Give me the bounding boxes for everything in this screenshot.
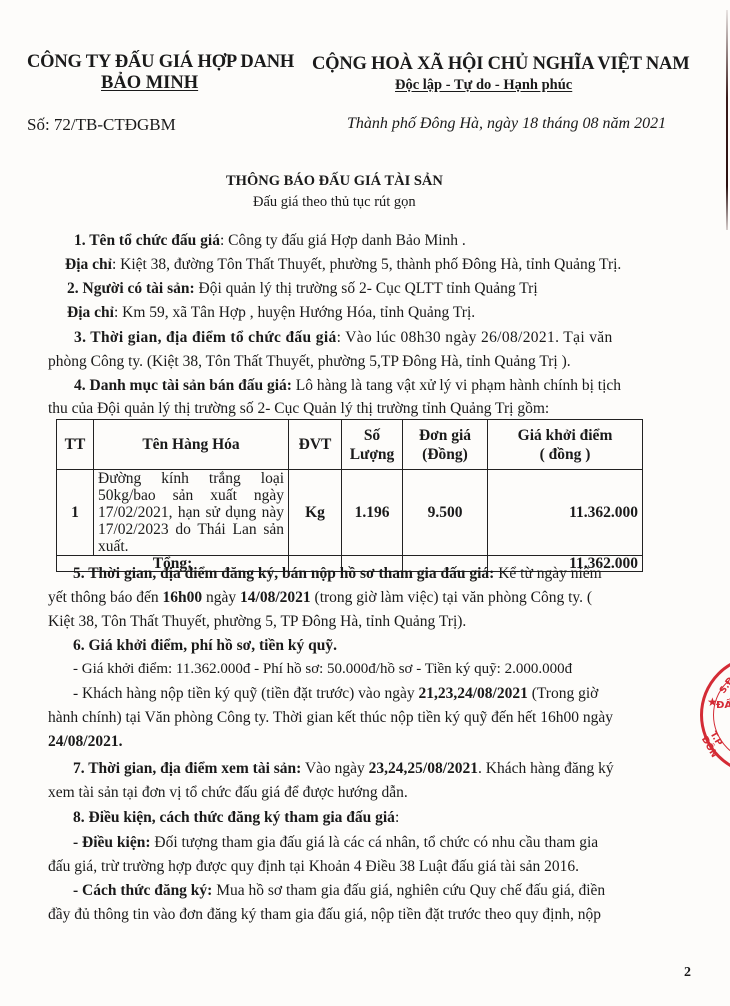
address-label: Địa chỉ bbox=[67, 304, 114, 321]
section-6-deposit-line2: hành chính) tại Văn phòng Công ty. Thời … bbox=[48, 709, 613, 727]
table-row: 1 Đường kính trắng loại 50kg/bao sản xuấ… bbox=[57, 470, 643, 556]
text: yết thông báo đến bbox=[48, 589, 163, 606]
section-5-text: Kể từ ngày niêm bbox=[494, 565, 601, 582]
stamp-text-mid: ĐẤU bbox=[716, 700, 730, 711]
section-6-deposit: - Khách hàng nộp tiền ký quỹ (tiền đặt t… bbox=[73, 685, 598, 703]
deadline-time: 16h00 bbox=[163, 589, 203, 606]
cell-unit: Kg bbox=[289, 470, 342, 556]
section-2: 2. Người có tài sản: Đội quản lý thị trư… bbox=[67, 280, 538, 298]
section-1-address: Địa chỉ: Kiệt 38, đường Tôn Thất Thuyết,… bbox=[65, 256, 621, 274]
text: - Khách hàng nộp tiền ký quỹ (tiền đặt t… bbox=[73, 685, 418, 702]
section-3-text-cont: phòng Công ty. (Kiệt 38, Tôn Thất Thuyết… bbox=[48, 353, 571, 371]
section-2-address: Địa chỉ: Km 59, xã Tân Hợp , huyện Hướng… bbox=[67, 304, 475, 322]
col-unit-price-line1: Đơn giá bbox=[419, 427, 471, 444]
section-1-text: : Công ty đấu giá Hợp danh Bảo Minh . bbox=[220, 232, 466, 249]
section-6-fees: - Giá khởi điểm: 11.362.000đ - Phí hồ sơ… bbox=[73, 661, 572, 678]
section-3-text: : Vào lúc 08h30 ngày 26/08/2021. Tại văn bbox=[337, 329, 613, 346]
section-8-condition-line2: đấu giá, trừ trường hợp được quy định tạ… bbox=[48, 858, 579, 876]
section-8-registration-line2: đầy đủ thông tin vào đơn đăng ký tham gi… bbox=[48, 906, 601, 924]
cell-tt: 1 bbox=[57, 470, 94, 556]
text: Vào ngày bbox=[301, 760, 368, 777]
section-2-label: 2. Người có tài sản: bbox=[67, 280, 195, 297]
section-4-label: 4. Danh mục tài sản bán đấu giá: bbox=[74, 377, 292, 394]
address-text: : Km 59, xã Tân Hợp , huyện Hướng Hóa, t… bbox=[114, 304, 475, 321]
col-start-price-line2: ( đồng ) bbox=[540, 446, 591, 463]
section-1: 1. Tên tổ chức đấu giá: Công ty đấu giá … bbox=[74, 232, 466, 250]
document-title: THÔNG BÁO ĐẤU GIÁ TÀI SẢN bbox=[226, 173, 443, 190]
table-header-row: TT Tên Hàng Hóa ĐVT SốLượng Đơn giá(Đồng… bbox=[57, 420, 643, 470]
col-start-price: Giá khởi điểm( đồng ) bbox=[488, 420, 643, 470]
section-5-label: 5. Thời gian, địa điểm đăng ký, bán nộp … bbox=[73, 565, 494, 582]
section-2-text: Đội quản lý thị trường số 2- Cục QLTT tỉ… bbox=[195, 280, 538, 297]
text: (Trong giờ bbox=[528, 685, 599, 702]
section-6-label: 6. Giá khởi điểm, phí hồ sơ, tiền ký quỹ… bbox=[73, 637, 337, 655]
text: (trong giờ làm việc) tại văn phòng Công … bbox=[311, 589, 592, 606]
col-quantity-line1: Số bbox=[364, 427, 380, 444]
text: : bbox=[395, 809, 399, 826]
asset-table: TT Tên Hàng Hóa ĐVT SốLượng Đơn giá(Đồng… bbox=[56, 419, 643, 572]
text: ngày bbox=[202, 589, 240, 606]
cell-start-price: 11.362.000 bbox=[488, 470, 643, 556]
section-4-text-cont: thu của Đội quản lý thị trường số 2- Cục… bbox=[48, 400, 549, 418]
col-start-price-line1: Giá khởi điểm bbox=[518, 427, 613, 444]
col-unit: ĐVT bbox=[289, 420, 342, 470]
section-8-label: 8. Điều kiện, cách thức đăng ký tham gia… bbox=[73, 809, 395, 826]
viewing-dates: 23,24,25/08/2021 bbox=[369, 760, 478, 777]
deposit-dates: 21,23,24/08/2021 bbox=[418, 685, 527, 702]
document-subtitle: Đấu giá theo thủ tục rút gọn bbox=[253, 194, 416, 211]
section-3-label: 3. Thời gian, địa điểm tổ chức đấu giá bbox=[74, 329, 337, 346]
org-name-line2: BẢO MINH bbox=[101, 73, 198, 94]
org-name: CÔNG TY ĐẤU GIÁ HỢP DANH bbox=[27, 52, 294, 73]
section-5-line2: yết thông báo đến 16h00 ngày 14/08/2021 … bbox=[48, 589, 592, 607]
section-8-condition: - Điều kiện: Đối tượng tham gia đấu giá … bbox=[73, 834, 598, 852]
col-quantity-line2: Lượng bbox=[350, 446, 395, 463]
condition-text: Đối tượng tham gia đấu giá là các cá nhâ… bbox=[151, 834, 599, 851]
col-name: Tên Hàng Hóa bbox=[94, 420, 289, 470]
section-5-line3: Kiệt 38, Tôn Thất Thuyết, phường 5, TP Đ… bbox=[48, 613, 466, 631]
registration-text: Mua hồ sơ tham gia đấu giá, nghiên cứu Q… bbox=[212, 882, 605, 899]
page-edge-shadow bbox=[726, 10, 728, 230]
deadline-date: 14/08/2021 bbox=[240, 589, 311, 606]
address-text: : Kiệt 38, đường Tôn Thất Thuyết, phường… bbox=[112, 256, 621, 273]
national-motto: Độc lập - Tự do - Hạnh phúc bbox=[395, 77, 572, 94]
col-quantity: SốLượng bbox=[342, 420, 403, 470]
condition-label: - Điều kiện: bbox=[73, 834, 151, 851]
section-5: 5. Thời gian, địa điểm đăng ký, bán nộp … bbox=[73, 565, 602, 583]
col-unit-price: Đơn giá(Đồng) bbox=[403, 420, 488, 470]
section-7-label: 7. Thời gian, địa điểm xem tài sản: bbox=[73, 760, 301, 777]
section-7-line2: xem tài sản tại đơn vị tổ chức đấu giá đ… bbox=[48, 784, 408, 802]
place-date: Thành phố Đông Hà, ngày 18 tháng 08 năm … bbox=[347, 115, 666, 133]
national-title: CỘNG HOÀ XÃ HỘI CHỦ NGHĨA VIỆT NAM bbox=[312, 54, 689, 75]
document-page: CÔNG TY ĐẤU GIÁ HỢP DANH BẢO MINH CỘNG H… bbox=[0, 0, 730, 1006]
text: . Khách hàng đăng ký bbox=[478, 760, 614, 777]
cell-quantity: 1.196 bbox=[342, 470, 403, 556]
section-1-label: 1. Tên tổ chức đấu giá bbox=[74, 232, 220, 249]
section-3: 3. Thời gian, địa điểm tổ chức đấu giá: … bbox=[74, 329, 613, 347]
section-4-text: Lô hàng là tang vật xử lý vi phạm hành c… bbox=[292, 377, 621, 394]
col-tt: TT bbox=[57, 420, 94, 470]
page-number: 2 bbox=[684, 965, 691, 981]
section-4: 4. Danh mục tài sản bán đấu giá: Lô hàng… bbox=[74, 377, 621, 395]
registration-label: - Cách thức đăng ký: bbox=[73, 882, 212, 899]
col-unit-price-line2: (Đồng) bbox=[422, 446, 468, 463]
section-8-registration: - Cách thức đăng ký: Mua hồ sơ tham gia … bbox=[73, 882, 605, 900]
section-7: 7. Thời gian, địa điểm xem tài sản: Vào … bbox=[73, 760, 614, 778]
document-number: Số: 72/TB-CTĐGBM bbox=[27, 115, 176, 135]
cell-name: Đường kính trắng loại 50kg/bao sản xuất … bbox=[94, 470, 289, 556]
section-8: 8. Điều kiện, cách thức đăng ký tham gia… bbox=[73, 809, 399, 827]
address-label: Địa chỉ bbox=[65, 256, 112, 273]
section-6-deposit-line3: 24/08/2021. bbox=[48, 733, 123, 751]
cell-unit-price: 9.500 bbox=[403, 470, 488, 556]
